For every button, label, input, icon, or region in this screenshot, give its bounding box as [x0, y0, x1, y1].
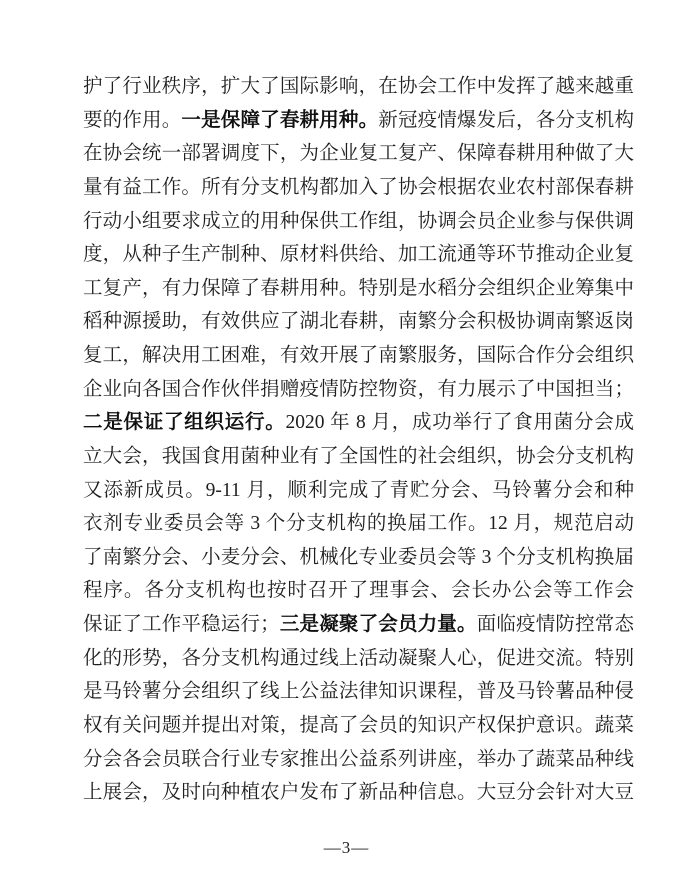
text-line: 行动小组要求成立的用种保供工作组，协调会员企业参与保供调 [83, 205, 634, 239]
document-page: 护了行业秩序，扩大了国际影响，在协会工作中发挥了越来越重要的作用。一是保障了春耕… [0, 0, 693, 874]
text-segment: 衣剂专业委员会等 3 个分支机构的换届工作。12 月，规范启动 [83, 513, 634, 534]
text-line: 又添新成员。9-11 月，顺利完成了青贮分会、马铃薯分会和种 [83, 474, 634, 508]
text-line: 分会各会员联合行业专家推出公益系列讲座，举办了蔬菜品种线 [83, 743, 634, 777]
text-segment: 复工，解决用工困难，有效开展了南繁服务，国际合作分会组织 [83, 345, 634, 366]
text-segment: 立大会，我国食用菌种业有了全国性的社会组织，协会分支机构 [83, 446, 634, 467]
bold-heading-segment: 二是保证了组织运行。 [83, 412, 286, 433]
text-line: 衣剂专业委员会等 3 个分支机构的换届工作。12 月，规范启动 [83, 507, 634, 541]
text-line: 程序。各分支机构也按时召开了理事会、会长办公会等工作会议， [83, 574, 634, 608]
text-line: 复工，解决用工困难，有效开展了南繁服务，国际合作分会组织 [83, 339, 634, 373]
text-segment: 2020 年 8 月，成功举行了食用菌分会成 [286, 412, 634, 433]
text-line: 是马铃薯分会组织了线上公益法律知识课程，普及马铃薯品种侵 [83, 675, 634, 709]
bold-heading-segment: 三是凝聚了会员力量。 [280, 614, 477, 635]
text-segment: 工复产，有力保障了春耕用种。特别是水稻分会组织企业筹集中 [83, 278, 634, 299]
text-line: 工复产，有力保障了春耕用种。特别是水稻分会组织企业筹集中 [83, 272, 634, 306]
body-text: 护了行业秩序，扩大了国际影响，在协会工作中发挥了越来越重要的作用。一是保障了春耕… [83, 70, 634, 810]
text-segment: 稻种源援助，有效供应了湖北春耕，南繁分会积极协调南繁返岗 [83, 311, 634, 332]
text-segment: 了南繁分会、小麦分会、机械化专业委员会等 3 个分支机构换届 [83, 547, 634, 568]
text-segment: 保证了工作平稳运行； [83, 614, 280, 635]
text-line: 了南繁分会、小麦分会、机械化专业委员会等 3 个分支机构换届 [83, 541, 634, 575]
text-segment: 化的形势，各分支机构通过线上活动凝聚人心，促进交流。特别 [83, 648, 634, 669]
text-segment: 护了行业秩序，扩大了国际影响，在协会工作中发挥了越来越重 [83, 76, 634, 97]
text-line: 度，从种子生产制种、原材料供给、加工流通等环节推动企业复 [83, 238, 634, 272]
text-segment: 权有关问题并提出对策，提高了会员的知识产权保护意识。蔬菜 [83, 715, 634, 736]
text-segment: 新冠疫情爆发后，各分支机构 [378, 110, 634, 131]
text-segment: 企业向各国合作伙伴捐赠疫情防控物资，有力展示了中国担当； [83, 379, 634, 400]
text-segment: 要的作用。 [83, 110, 181, 131]
text-line: 权有关问题并提出对策，提高了会员的知识产权保护意识。蔬菜 [83, 709, 634, 743]
text-segment: 在协会统一部署调度下，为企业复工复产、保障春耕用种做了大 [83, 143, 634, 164]
text-line: 稻种源援助，有效供应了湖北春耕，南繁分会积极协调南繁返岗 [83, 305, 634, 339]
text-segment: 量有益工作。所有分支机构都加入了协会根据农业农村部保春耕 [83, 177, 634, 198]
text-segment: 上展会，及时向种植农户发布了新品种信息。大豆分会针对大豆 [83, 782, 634, 803]
text-line: 企业向各国合作伙伴捐赠疫情防控物资，有力展示了中国担当； [83, 373, 634, 407]
text-segment: 程序。各分支机构也按时召开了理事会、会长办公会等工作会议， [83, 580, 634, 608]
text-line: 要的作用。一是保障了春耕用种。新冠疫情爆发后，各分支机构 [83, 104, 634, 138]
text-line: 化的形势，各分支机构通过线上活动凝聚人心，促进交流。特别 [83, 642, 634, 676]
text-line: 保证了工作平稳运行；三是凝聚了会员力量。面临疫情防控常态 [83, 608, 634, 642]
text-line: 上展会，及时向种植农户发布了新品种信息。大豆分会针对大豆 [83, 776, 634, 810]
text-segment: 行动小组要求成立的用种保供工作组，协调会员企业参与保供调 [83, 211, 634, 232]
bold-heading-segment: 一是保障了春耕用种。 [181, 110, 378, 131]
text-segment: 分会各会员联合行业专家推出公益系列讲座，举办了蔬菜品种线 [83, 749, 634, 770]
text-segment: 是马铃薯分会组织了线上公益法律知识课程，普及马铃薯品种侵 [83, 681, 634, 702]
text-segment: 又添新成员。9-11 月，顺利完成了青贮分会、马铃薯分会和种 [83, 480, 634, 501]
text-line: 护了行业秩序，扩大了国际影响，在协会工作中发挥了越来越重 [83, 70, 634, 104]
text-segment: 度，从种子生产制种、原材料供给、加工流通等环节推动企业复 [83, 244, 634, 265]
page-number: —3— [0, 838, 693, 858]
text-segment: 面临疫情防控常态 [477, 614, 634, 635]
text-line: 立大会，我国食用菌种业有了全国性的社会组织，协会分支机构 [83, 440, 634, 474]
text-line: 在协会统一部署调度下，为企业复工复产、保障春耕用种做了大 [83, 137, 634, 171]
text-line: 量有益工作。所有分支机构都加入了协会根据农业农村部保春耕 [83, 171, 634, 205]
text-line: 二是保证了组织运行。2020 年 8 月，成功举行了食用菌分会成 [83, 406, 634, 440]
